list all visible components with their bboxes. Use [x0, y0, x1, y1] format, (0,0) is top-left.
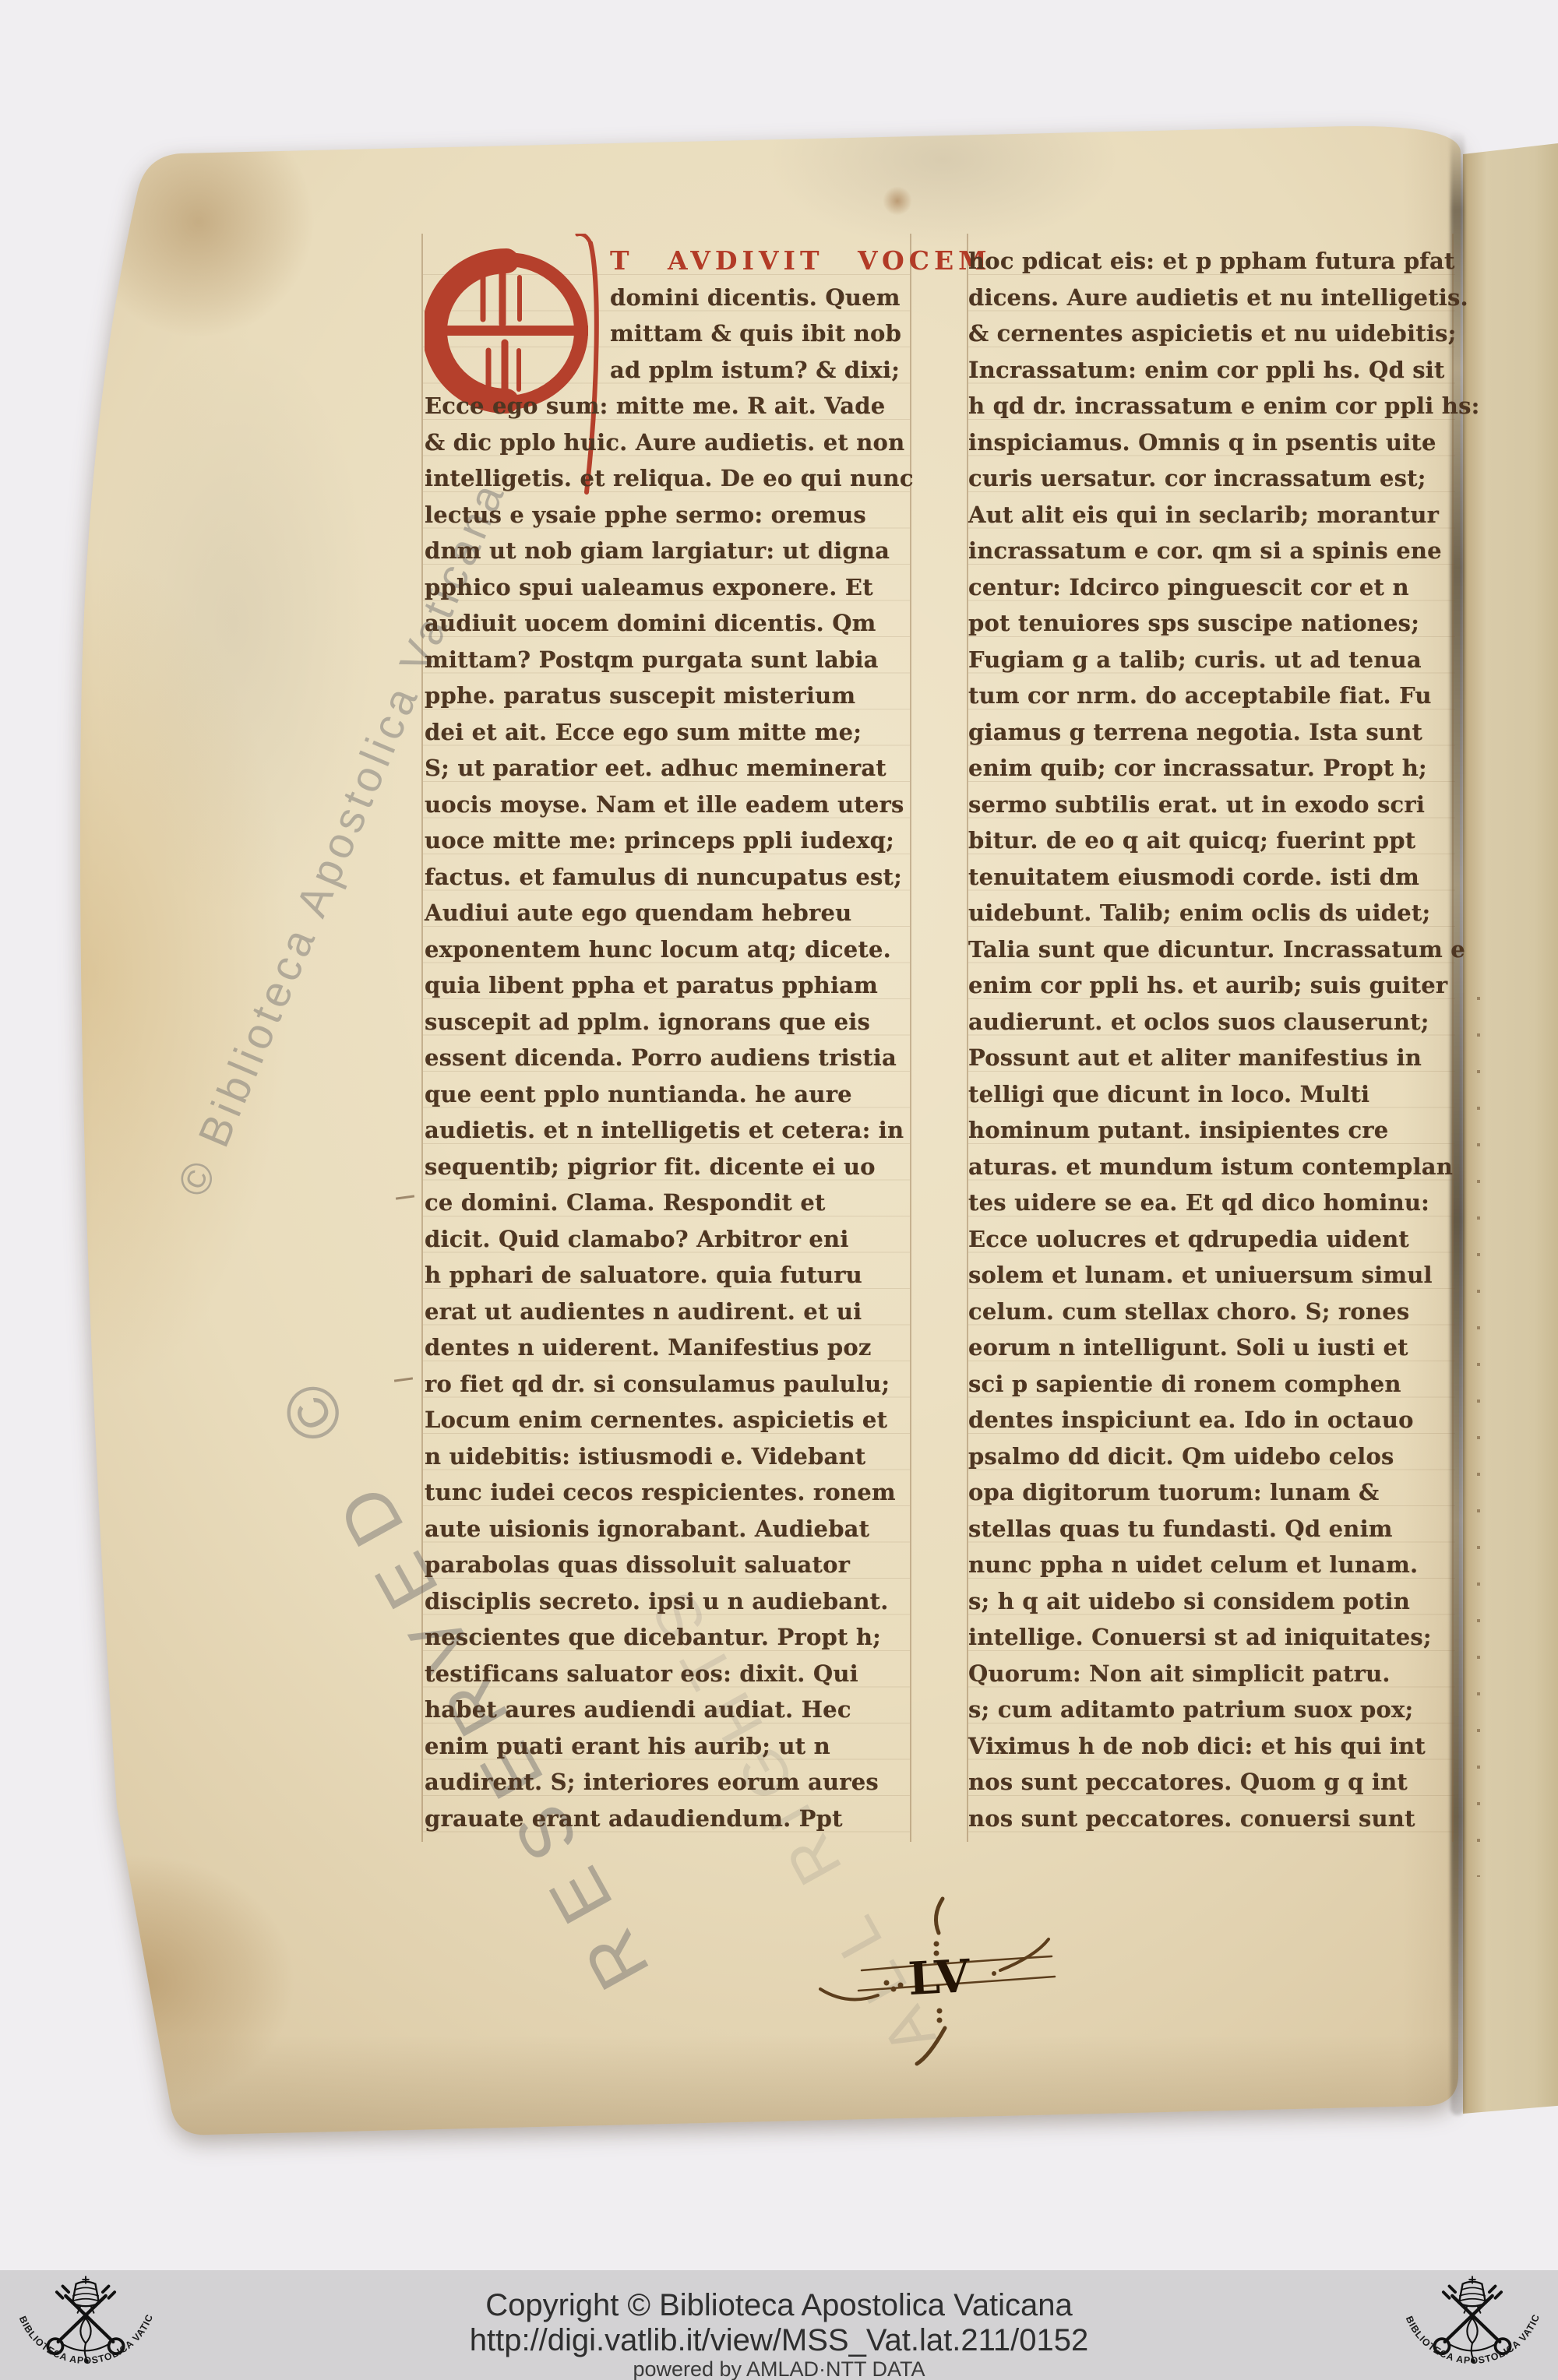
- manuscript-text-line: enim quib; cor incrassatur. Propt h;: [968, 750, 1459, 787]
- digivatlib-scan-view: { "watermark": { "diagonal_text": "© Bib…: [0, 0, 1558, 2380]
- manuscript-text-line: uoce mitte me: princeps ppli iudexq;: [425, 822, 923, 859]
- manuscript-text-line: intellige. Conuersi st ad iniquitates;: [968, 1619, 1459, 1656]
- manuscript-text-line: tes uidere se ea. Et qd dico hominu:: [968, 1185, 1459, 1221]
- viewer-footer: Copyright © Biblioteca Apostolica Vatica…: [0, 2270, 1558, 2380]
- manuscript-text-line: tenuitatem eiusmodi corde. isti dm: [968, 859, 1459, 896]
- manuscript-text-line: parabolas quas dissoluit saluator: [425, 1547, 923, 1583]
- manuscript-text-line: Ecce ego sum: mitte me. R ait. Vade: [425, 388, 923, 424]
- manuscript-text-line: s; h q ait uidebo si considem potin: [968, 1583, 1459, 1620]
- manuscript-text-line: h qd dr. incrassatum e enim cor ppli hs:: [968, 388, 1459, 424]
- manuscript-text-line: opa digitorum tuorum: lunam &: [968, 1474, 1459, 1511]
- manuscript-text-line: curis uersatur. cor incrassatum est;: [968, 460, 1459, 497]
- manuscript-text-line: audietis. et n intelligetis et cetera: i…: [425, 1112, 923, 1149]
- manuscript-text-line: disciplis secreto. ipsi u n audiebant.: [425, 1583, 923, 1620]
- manuscript-text-line: nescientes que dicebantur. Propt h;: [425, 1619, 923, 1656]
- manuscript-text-line: grauate erant adaudiendum. Ppt: [425, 1801, 923, 1837]
- manuscript-text-line: celum. cum stellax choro. S; rones: [968, 1294, 1459, 1330]
- manuscript-text-line: pot tenuiores sps suscipe nationes;: [968, 605, 1459, 642]
- manuscript-text-line: solem et lunam. et uniuersum simul: [968, 1257, 1459, 1294]
- manuscript-text-line: testificans saluator eos: dixit. Qui: [425, 1656, 923, 1692]
- manuscript-text-line: Ecce uolucres et qdrupedia uident: [968, 1221, 1459, 1258]
- manuscript-text-line: pphe. paratus suscepit misterium: [425, 678, 923, 714]
- manuscript-column-2: hoc pdicat eis: et p ppham futura pfatdi…: [968, 243, 1459, 1836]
- manuscript-text-line: essent dicenda. Porro audiens tristia: [425, 1040, 923, 1076]
- manuscript-text-line: telligi que dicunt in loco. Multi: [968, 1076, 1459, 1113]
- manuscript-text-line: Locum enim cernentes. aspicietis et: [425, 1402, 923, 1438]
- manuscript-text-line: enim puati erant his aurib; ut n: [425, 1728, 923, 1765]
- manuscript-text-line: Incrassatum: enim cor ppli hs. Qd sit: [968, 352, 1459, 389]
- manuscript-text-line: Viximus h de nob dici: et his qui int: [968, 1728, 1459, 1765]
- manuscript-text-line: dentes n uiderent. Manifestius poz: [425, 1329, 923, 1366]
- manuscript-text-line: incrassatum e cor. qm si a spinis ene: [968, 533, 1459, 569]
- manuscript-text-line: quia libent ppha et paratus pphiam: [425, 967, 923, 1004]
- footer-url: http://digi.vatlib.it/view/MSS_Vat.lat.2…: [0, 2323, 1558, 2357]
- manuscript-text-line: lectus e ysaie pphe sermo: oremus: [425, 497, 923, 533]
- manuscript-text-line: sequentib; pigrior fit. dicente ei uo: [425, 1149, 923, 1185]
- manuscript-text-line: uocis moyse. Nam et ille eadem uters: [425, 787, 923, 823]
- footer-powered-by: powered by AMLAD·NTT DATA: [0, 2359, 1558, 2380]
- manuscript-text-line: tunc iudei cecos respicientes. ronem: [425, 1474, 923, 1511]
- manuscript-text-line: Talia sunt que dicuntur. Incrassatum e: [968, 931, 1459, 968]
- manuscript-text-line: sci p sapientie di ronem comphen: [968, 1366, 1459, 1403]
- manuscript-text-line: audierunt. et oclos suos clauserunt;: [968, 1004, 1459, 1040]
- manuscript-text-line: audirent. S; interiores eorum aures: [425, 1764, 923, 1801]
- manuscript-text-line: Possunt aut et aliter manifestius in: [968, 1040, 1459, 1076]
- manuscript-text-line: s; cum aditamto patrium suox pox;: [968, 1692, 1459, 1728]
- manuscript-text-line: S; ut paratior eet. adhuc meminerat: [425, 750, 923, 787]
- manuscript-text-line: aturas. et mundum istum contemplan: [968, 1149, 1459, 1185]
- manuscript-text-line: bitur. de eo q ait quicq; fuerint ppt: [968, 822, 1459, 859]
- manuscript-text-line: domini dicentis. Quem: [425, 280, 923, 316]
- manuscript-text-line: intelligetis. et reliqua. De eo qui nunc: [425, 460, 923, 497]
- manuscript-text-line: sermo subtilis erat. ut in exodo scri: [968, 787, 1459, 823]
- manuscript-text-line: audiuit uocem domini dicentis. Qm: [425, 605, 923, 642]
- manuscript-text-line: nos sunt peccatores. conuersi sunt: [968, 1801, 1459, 1837]
- manuscript-text-line: mittam & quis ibit nob: [425, 315, 923, 352]
- manuscript-text-line: dei et ait. Ecce ego sum mitte me;: [425, 714, 923, 751]
- manuscript-text-line: dicit. Quid clamabo? Arbitror eni: [425, 1221, 923, 1258]
- manuscript-text-line: dentes inspiciunt ea. Ido in octauo: [968, 1402, 1459, 1438]
- manuscript-text-line: centur: Idcirco pinguescit cor et n: [968, 569, 1459, 606]
- manuscript-text-line: factus. et famulus di nuncupatus est;: [425, 859, 923, 896]
- manuscript-text-line: nunc ppha n uidet celum et lunam.: [968, 1547, 1459, 1583]
- manuscript-text-line: ro fiet qd dr. si consulamus paululu;: [425, 1366, 923, 1403]
- vatican-library-logo-right: BIBLIOTECA APOSTOLICA VATICANA: [1394, 2273, 1550, 2378]
- manuscript-column-1: T AVDIVIT VOCEMdomini dicentis. Quemmitt…: [425, 243, 923, 1836]
- manuscript-text-line: & dic pplo huic. Aure audietis. et non: [425, 424, 923, 461]
- manuscript-text-line: eorum n intelligunt. Soli u iusti et: [968, 1329, 1459, 1366]
- manuscript-text-line: inspiciamus. Omnis q in psentis uite: [968, 424, 1459, 461]
- manuscript-text-line: habet aures audiendi audiat. Hec: [425, 1692, 923, 1728]
- quire-mark: LV: [816, 1894, 1073, 2085]
- manuscript-text-line: Quorum: Non ait simplicit patru.: [968, 1656, 1459, 1692]
- manuscript-text-line: exponentem hunc locum atq; dicete.: [425, 931, 923, 968]
- vatican-library-logo-left: BIBLIOTECA APOSTOLICA VATICANA: [8, 2273, 164, 2378]
- footer-copyright: Copyright © Biblioteca Apostolica Vatica…: [0, 2270, 1558, 2323]
- manuscript-text-line: & cernentes aspicietis et nu uidebitis;: [968, 315, 1459, 352]
- manuscript-text-line: dicens. Aure audietis et nu intelligetis…: [968, 280, 1459, 316]
- manuscript-text-line: ce domini. Clama. Respondit et: [425, 1185, 923, 1221]
- manuscript-text-line: ad pplm istum? & dixi;: [425, 352, 923, 389]
- manuscript-text-line: hoc pdicat eis: et p ppham futura pfat: [968, 243, 1459, 280]
- manuscript-text-line: psalmo dd dicit. Qm uidebo celos: [968, 1438, 1459, 1475]
- manuscript-text-line: h pphari de saluatore. quia futuru: [425, 1257, 923, 1294]
- manuscript-text-line: T AVDIVIT VOCEM: [425, 243, 923, 280]
- manuscript-text-line: erat ut audientes n audirent. et ui: [425, 1294, 923, 1330]
- manuscript-text-line: Aut alit eis qui in seclarib; morantur: [968, 497, 1459, 533]
- manuscript-text-line: stellas quas tu fundasti. Qd enim: [968, 1511, 1459, 1547]
- manuscript-text-line: giamus g terrena negotia. Ista sunt: [968, 714, 1459, 751]
- manuscript-text-line: mittam? Postqm purgata sunt labia: [425, 642, 923, 678]
- manuscript-text-line: enim cor ppli hs. et aurib; suis guiter: [968, 967, 1459, 1004]
- quire-mark-label: LV: [907, 1949, 971, 2005]
- manuscript-text-line: tum cor nrm. do acceptabile fiat. Fu: [968, 678, 1459, 714]
- manuscript-text-line: uidebunt. Talib; enim oclis ds uidet;: [968, 895, 1459, 931]
- manuscript-text-line: nos sunt peccatores. Quom g q int: [968, 1764, 1459, 1801]
- prick-marks: [1477, 997, 1480, 1877]
- manuscript-text-line: dnm ut nob giam largiatur: ut digna: [425, 533, 923, 569]
- manuscript-text-line: suscepit ad pplm. ignorans que eis: [425, 1004, 923, 1040]
- manuscript-text-line: Fugiam g a talib; curis. ut ad tenua: [968, 642, 1459, 678]
- manuscript-text-line: aute uisionis ignorabant. Audiebat: [425, 1511, 923, 1547]
- manuscript-text-line: pphico spui ualeamus exponere. Et: [425, 569, 923, 606]
- manuscript-text-line: n uidebitis: istiusmodi e. Videbant: [425, 1438, 923, 1475]
- manuscript-text-line: hominum putant. insipientes cre: [968, 1112, 1459, 1149]
- manuscript-text-line: Audiui aute ego quendam hebreu: [425, 895, 923, 931]
- manuscript-text-line: que eent pplo nuntianda. he aure: [425, 1076, 923, 1113]
